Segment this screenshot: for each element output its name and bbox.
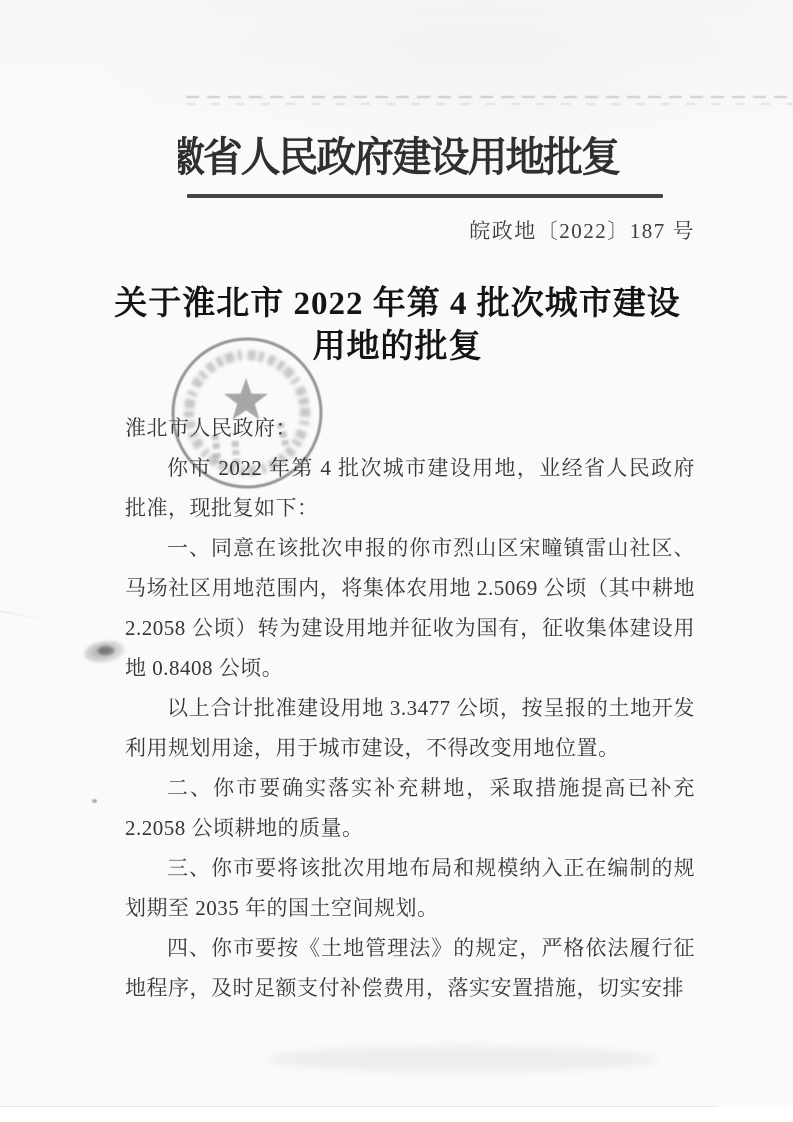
paragraph-total: 以上合计批准建设用地 3.3477 公顷，按呈报的土地开发利用规划用途，用于城市… bbox=[125, 688, 695, 768]
masthead-clip: 徽省人民政府建设用地批复 bbox=[178, 126, 648, 188]
scan-background bbox=[0, 1107, 793, 1122]
paper-edge-artifact bbox=[0, 1106, 718, 1107]
scan-line-artifact bbox=[186, 103, 793, 105]
scan-line-artifact bbox=[186, 96, 793, 98]
scanned-document-page: 徽省人民政府建设用地批复 皖政地〔2022〕187 号 关于淮北市 2022 年… bbox=[0, 0, 793, 1122]
salutation: 淮北市人民政府： bbox=[125, 408, 695, 448]
smudge-artifact bbox=[98, 646, 114, 655]
crease-artifact bbox=[0, 610, 64, 623]
paragraph-intro: 你市 2022 年第 4 批次城市建设用地，业经省人民政府批准，现批复如下： bbox=[125, 448, 695, 528]
smudge-artifact bbox=[83, 638, 128, 666]
document-body: 淮北市人民政府： 你市 2022 年第 4 批次城市建设用地，业经省人民政府批准… bbox=[125, 408, 695, 1008]
paragraph-item-2: 二、你市要确实落实补充耕地，采取措施提高已补充 2.2058 公顷耕地的质量。 bbox=[125, 768, 695, 848]
paragraph-item-3: 三、你市要将该批次用地布局和规模纳入正在编制的规划期至 2035 年的国土空间规… bbox=[125, 848, 695, 928]
paragraph-item-1: 一、同意在该批次申报的你市烈山区宋疃镇雷山社区、马场社区用地范围内，将集体农用地… bbox=[125, 528, 695, 688]
masthead-rule bbox=[187, 194, 663, 198]
speck-artifact bbox=[92, 799, 97, 803]
paragraph-item-4: 四、你市要按《土地管理法》的规定，严格依法履行征地程序，及时足额支付补偿费用，落… bbox=[125, 928, 695, 1008]
masthead-title: 徽省人民政府建设用地批复 bbox=[178, 126, 619, 188]
document-number: 皖政地〔2022〕187 号 bbox=[400, 215, 695, 245]
smudge-artifact bbox=[268, 1046, 658, 1072]
document-title-line-1: 关于淮北市 2022 年第 4 批次城市建设 bbox=[110, 283, 685, 326]
